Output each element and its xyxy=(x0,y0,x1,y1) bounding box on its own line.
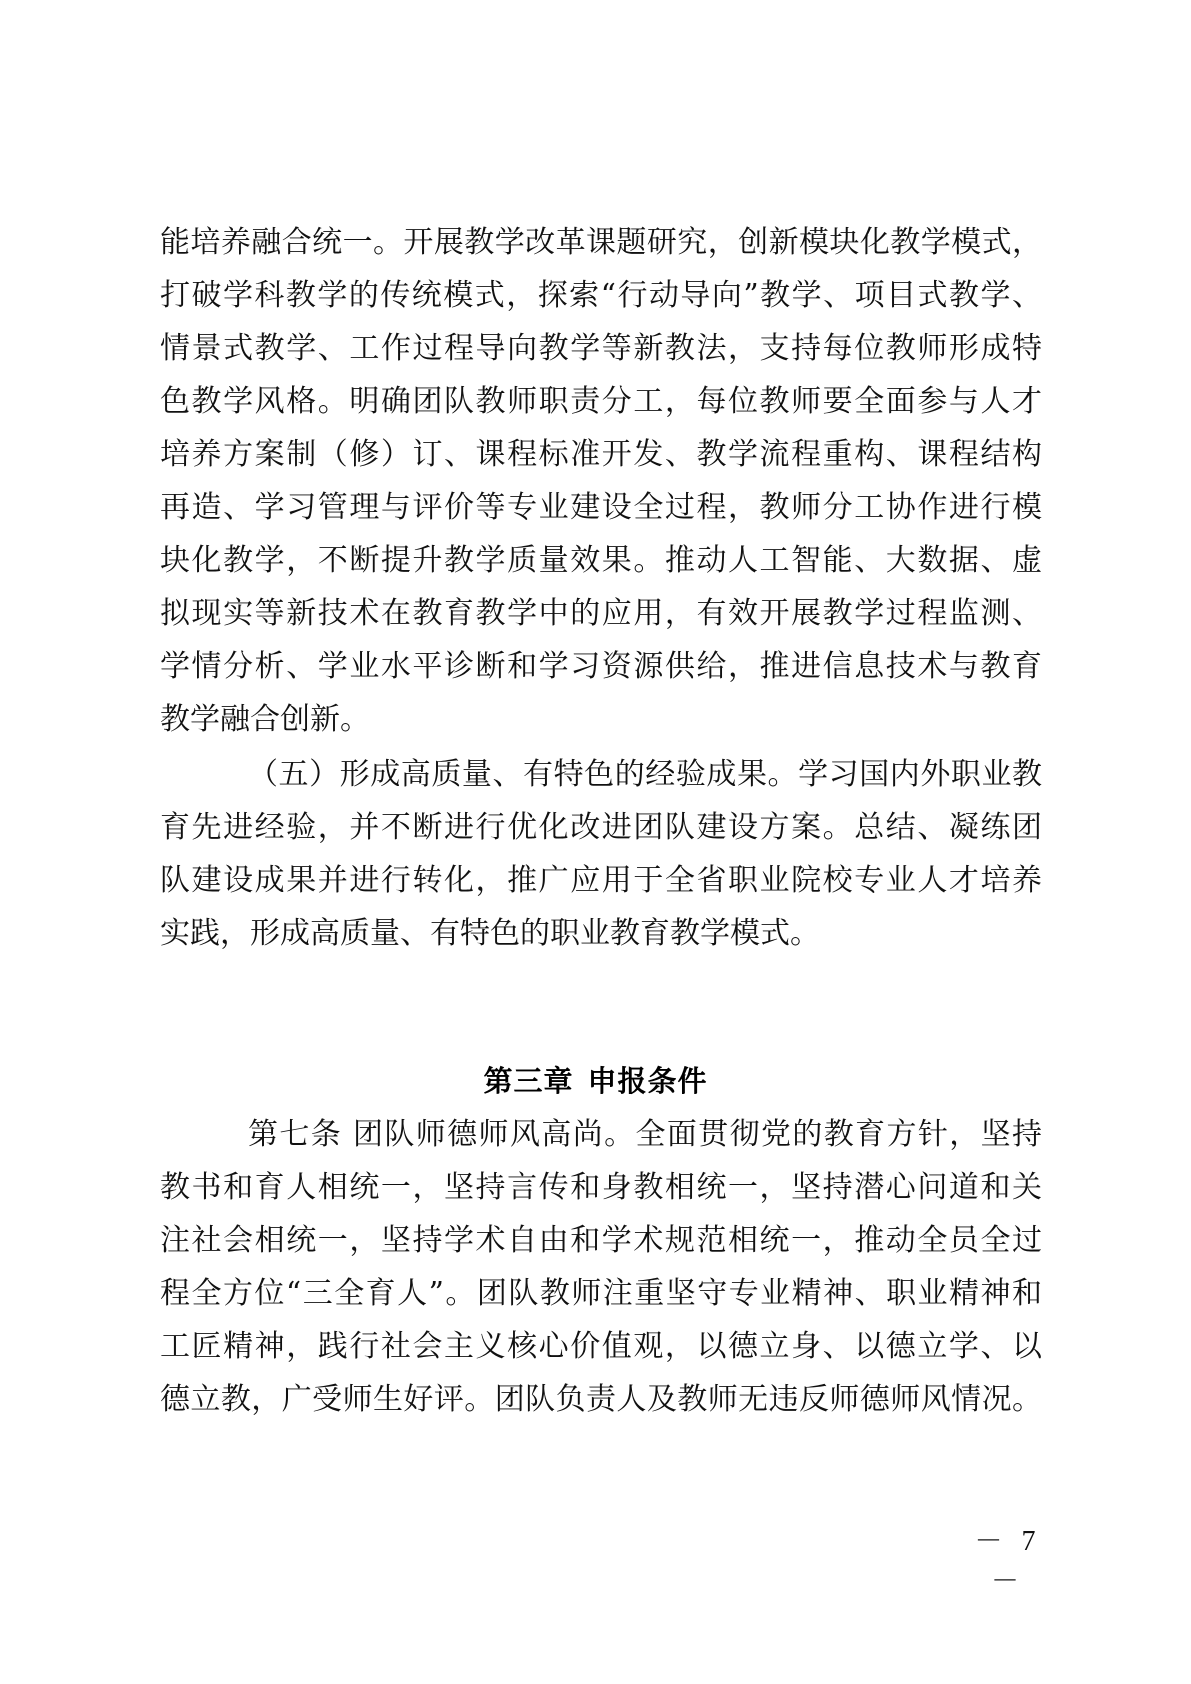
document-page: 能培养融合统一。开展教学改革课题研究，创新模块化教学模式， 打破学科教学的传统模… xyxy=(0,0,1191,1684)
page-number: － 7 － xyxy=(968,1522,1048,1602)
chapter-number: 第三章 xyxy=(483,1064,573,1098)
text-line: 注社会相统一，坚持学术自由和学术规范相统一，推动全员全过 xyxy=(160,1214,1042,1267)
text-line: 再造、学习管理与评价等专业建设全过程，教师分工协作进行模 xyxy=(160,481,1042,534)
text-line: 培养方案制（修）订、课程标准开发、教学流程重构、课程结构 xyxy=(160,428,1042,481)
text-line: 育先进经验，并不断进行优化改进团队建设方案。总结、凝练团 xyxy=(160,801,1042,854)
text-line: 打破学科教学的传统模式，探索“行动导向”教学、项目式教学、 xyxy=(160,269,1042,322)
text-line: 实践，形成高质量、有特色的职业教育教学模式。 xyxy=(160,907,1042,960)
text-line: 队建设成果并进行转化，推广应用于全省职业院校专业人才培养 xyxy=(160,854,1042,907)
paragraph-continuation: 能培养融合统一。开展教学改革课题研究，创新模块化教学模式， 打破学科教学的传统模… xyxy=(160,216,1042,746)
text-line: 拟现实等新技术在教育教学中的应用，有效开展教学过程监测、 xyxy=(160,587,1042,640)
text-line: 第七条 团队师德师风高尚。全面贯彻党的教育方针，坚持 xyxy=(160,1108,1042,1161)
text-line: 学情分析、学业水平诊断和学习资源供给，推进信息技术与教育 xyxy=(160,640,1042,693)
text-line: 色教学风格。明确团队教师职责分工，每位教师要全面参与人才 xyxy=(160,375,1042,428)
text-line: 情景式教学、工作过程导向教学等新教法，支持每位教师形成特 xyxy=(160,322,1042,375)
section-five-paragraph: （五）形成高质量、有特色的经验成果。学习国内外职业教 育先进经验，并不断进行优化… xyxy=(160,748,1042,960)
text-line: 块化教学，不断提升教学质量效果。推动人工智能、大数据、虚 xyxy=(160,534,1042,587)
text-line: 工匠精神，践行社会主义核心价值观，以德立身、以德立学、以 xyxy=(160,1320,1042,1373)
text-line: 程全方位“三全育人”。团队教师注重坚守专业精神、职业精神和 xyxy=(160,1267,1042,1320)
text-line: （五）形成高质量、有特色的经验成果。学习国内外职业教 xyxy=(160,748,1042,801)
text-line: 能培养融合统一。开展教学改革课题研究，创新模块化教学模式， xyxy=(160,216,1042,269)
text-line: 教书和育人相统一，坚持言传和身教相统一，坚持潜心问道和关 xyxy=(160,1161,1042,1214)
chapter-heading: 第三章申报条件 xyxy=(0,1053,1191,1109)
text-line: 教学融合创新。 xyxy=(160,693,1042,746)
text-line: 德立教，广受师生好评。团队负责人及教师无违反师德师风情况。 xyxy=(160,1373,1042,1426)
article-seven-paragraph: 第七条 团队师德师风高尚。全面贯彻党的教育方针，坚持 教书和育人相统一，坚持言传… xyxy=(160,1108,1042,1426)
chapter-title: 申报条件 xyxy=(588,1064,708,1098)
